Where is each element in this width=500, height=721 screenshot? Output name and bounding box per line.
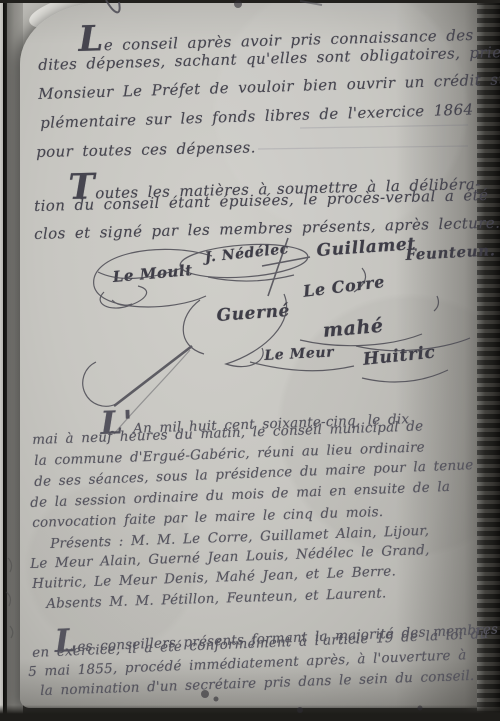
bottom-shadow xyxy=(0,705,500,721)
top-shadow xyxy=(0,0,500,3)
manuscript-photo: Le conseil après avoir pris connaissance… xyxy=(0,0,500,721)
manuscript-line: pour toutes ces dépenses. xyxy=(36,140,256,160)
binding-spine xyxy=(3,0,7,721)
